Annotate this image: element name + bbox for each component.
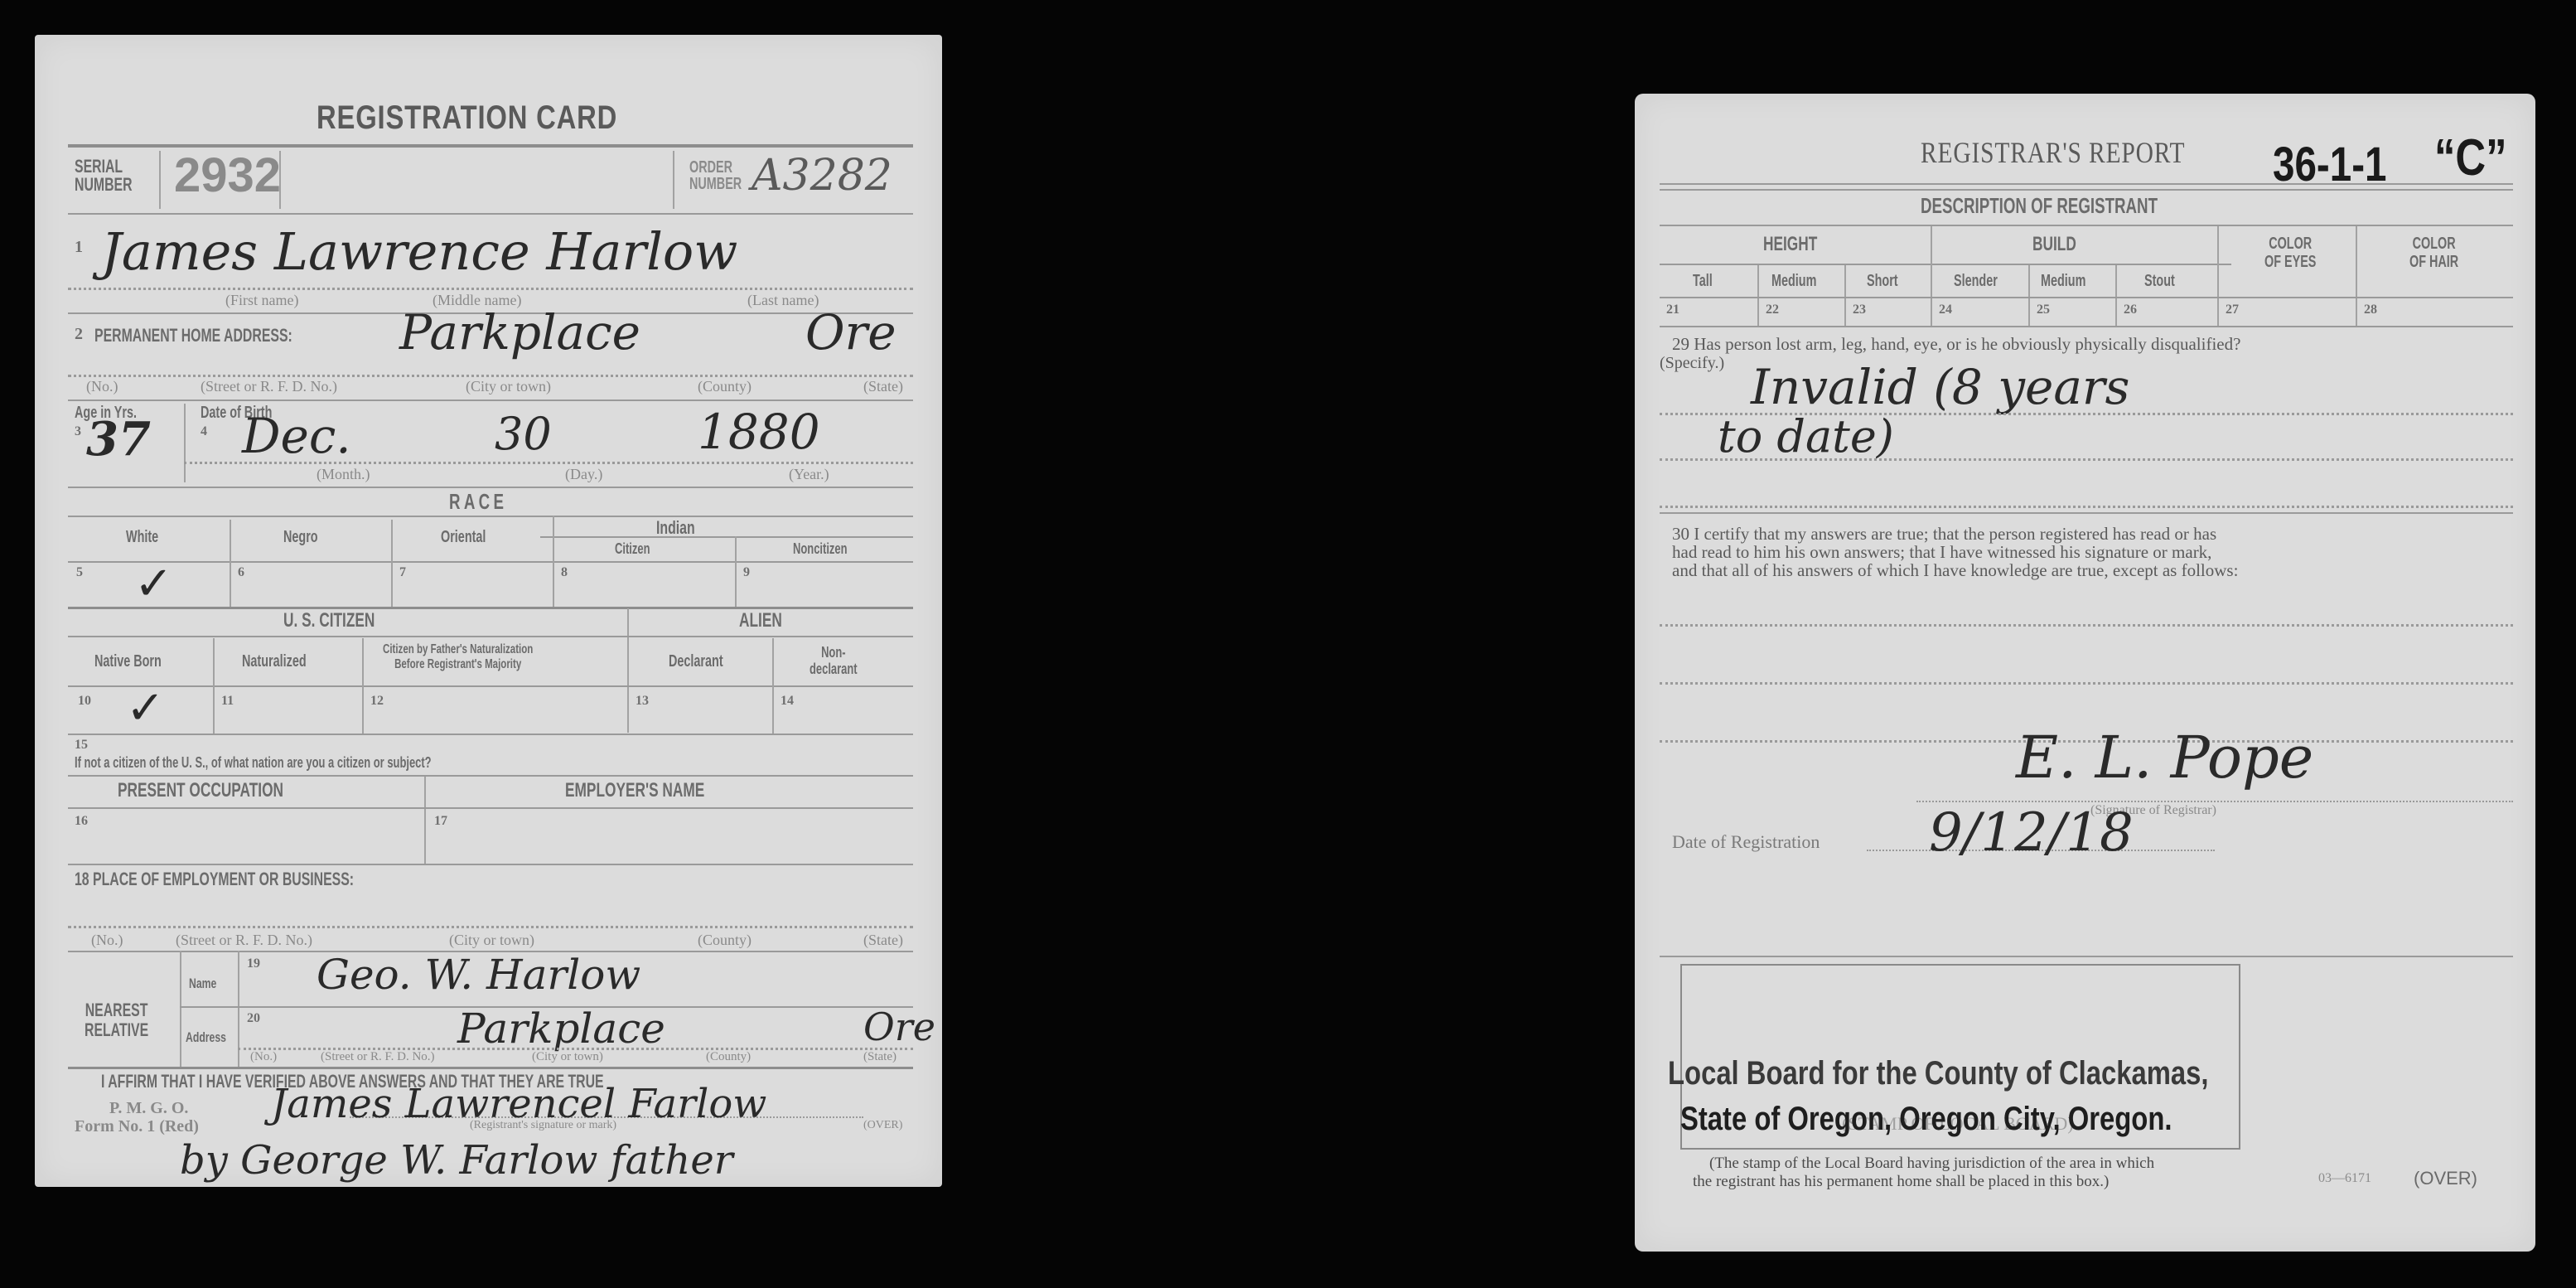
divider xyxy=(553,516,554,607)
stamp-letter: “C” xyxy=(2434,128,2507,187)
q30-line: 30 I certify that my answers are true; t… xyxy=(1672,525,2238,543)
divider xyxy=(1844,265,1846,326)
home-address-city: Parkplace xyxy=(399,304,640,361)
serial-number-value: 2932 xyxy=(174,148,281,203)
divider xyxy=(1660,183,2513,185)
divider xyxy=(1660,189,2513,191)
naturalized-label: Naturalized xyxy=(242,652,307,671)
divider xyxy=(68,926,913,928)
label-line: declarant xyxy=(810,661,858,677)
father-naturalization-label: Citizen by Father's Naturalization Befor… xyxy=(383,642,533,672)
label-line: COLOR xyxy=(2409,235,2458,253)
height-heading: HEIGHT xyxy=(1763,233,1817,256)
divider xyxy=(1660,297,2513,298)
field-number: 5 xyxy=(76,565,83,580)
note-line: (The stamp of the Local Board having jur… xyxy=(1693,1155,2154,1173)
field-number: 7 xyxy=(399,565,406,580)
divider xyxy=(68,685,913,687)
divider xyxy=(772,638,774,734)
field-number: 9 xyxy=(743,565,750,580)
q29-specify-label: (Specify.) xyxy=(1660,354,1724,373)
address-sublabel: (County) xyxy=(698,378,752,395)
field-number: 22 xyxy=(1766,303,1779,317)
hair-color-heading: COLOR OF HAIR xyxy=(2409,235,2458,271)
registrant-signature: James Lawrencel Farlow xyxy=(271,1081,766,1127)
form-number-label: Form No. 1 (Red) xyxy=(75,1117,199,1136)
relative-address-label: Address xyxy=(186,1029,226,1046)
race-oriental-label: Oriental xyxy=(441,528,486,547)
registration-card: REGISTRATION CARD SERIAL NUMBER 2932 ORD… xyxy=(35,35,942,1187)
label-line: Before Registrant's Majority xyxy=(383,657,533,672)
build-medium-label: Medium xyxy=(2041,272,2085,291)
address-sublabel: (Street or R. F. D. No.) xyxy=(201,378,337,395)
build-heading: BUILD xyxy=(2032,233,2076,256)
divider xyxy=(68,399,913,401)
field-number: 6 xyxy=(238,565,244,580)
address-sublabel: (County) xyxy=(706,1050,751,1064)
q29-question: 29 Has person lost arm, leg, hand, eye, … xyxy=(1672,334,2240,355)
alien-heading: ALIEN xyxy=(739,609,782,632)
divider xyxy=(184,462,913,464)
label-line: COLOR xyxy=(2264,235,2316,253)
divider xyxy=(362,638,364,734)
divider xyxy=(2028,265,2030,326)
order-label-line-1: ORDER xyxy=(689,159,742,176)
first-name-sublabel: (First name) xyxy=(225,292,298,309)
q29-answer-line-1: Invalid (8 years xyxy=(1751,359,2129,415)
divider xyxy=(1660,458,2513,461)
field-number: 15 xyxy=(75,738,88,753)
dob-year: 1880 xyxy=(698,404,820,460)
label-line: NEAREST xyxy=(85,1000,148,1020)
field-number: 27 xyxy=(2226,303,2239,317)
field-number: 14 xyxy=(781,694,794,709)
relative-name: Geo. W. Harlow xyxy=(317,951,640,999)
eye-color-heading: COLOR OF EYES xyxy=(2264,235,2316,271)
card-title: REGISTRATION CARD xyxy=(317,99,617,137)
divider xyxy=(230,520,231,607)
stamp-box-note: (The stamp of the Local Board having jur… xyxy=(1693,1155,2154,1191)
order-label-line-2: NUMBER xyxy=(689,176,742,192)
address-sublabel: (Street or R. F. D. No.) xyxy=(321,1050,435,1064)
field-number: 23 xyxy=(1853,303,1866,317)
address-sublabel: (State) xyxy=(863,378,903,395)
divider xyxy=(2356,226,2357,326)
declarant-label: Declarant xyxy=(669,652,723,671)
relative-name-label: Name xyxy=(189,976,216,992)
divider xyxy=(1757,265,1759,326)
divider xyxy=(540,536,913,538)
divider xyxy=(673,151,674,209)
q29-answer-line-2: to date) xyxy=(1718,410,1894,462)
divider xyxy=(424,777,426,864)
dob-year-sublabel: (Year.) xyxy=(789,466,829,483)
divider xyxy=(68,734,913,735)
dob-month: Dec. xyxy=(242,408,351,464)
divider xyxy=(2217,226,2219,326)
divider xyxy=(68,288,913,290)
race-negro-label: Negro xyxy=(283,528,318,547)
address-sublabel: (City or town) xyxy=(449,932,534,949)
q30-line: had read to him his own answers; that I … xyxy=(1672,543,2238,561)
address-sublabel: (Street or R. F. D. No.) xyxy=(176,932,312,949)
home-address-state: Ore xyxy=(805,304,897,361)
label-line: OF EYES xyxy=(2264,253,2316,271)
divider xyxy=(1660,264,2231,265)
registration-date-label: Date of Registration xyxy=(1672,831,1820,853)
registrars-report-card: REGISTRAR'S REPORT 36-1-1 “C” DESCRIPTIO… xyxy=(1635,94,2535,1252)
label-line: Non- xyxy=(810,644,858,661)
divider xyxy=(68,636,913,637)
address-sublabel: (No.) xyxy=(86,378,118,395)
note-line: the registrant has his permanent home sh… xyxy=(1693,1173,2154,1191)
divider xyxy=(1660,225,2513,226)
relative-address-city: Parkplace xyxy=(457,1005,665,1053)
field-number: 11 xyxy=(221,694,234,709)
divider xyxy=(68,213,913,215)
field-number: 19 xyxy=(247,956,260,971)
address-sublabel: (County) xyxy=(698,932,752,949)
registration-date-value: 9/12/18 xyxy=(1929,802,2134,864)
field-number: 21 xyxy=(1666,303,1679,317)
field-number: 2 xyxy=(75,325,83,344)
over-label: (OVER) xyxy=(863,1119,902,1132)
board-stamp-line-1: Local Board for the County of Clackamas, xyxy=(1668,1055,2208,1092)
address-sublabel: (City or town) xyxy=(532,1050,603,1064)
divider xyxy=(1660,682,2513,685)
registrant-name: James Lawrence Harlow xyxy=(101,221,737,282)
field-number: 28 xyxy=(2364,303,2377,317)
divider xyxy=(68,516,913,517)
divider xyxy=(68,487,913,488)
divider xyxy=(68,607,913,609)
divider xyxy=(68,375,913,377)
home-address-label: PERMANENT HOME ADDRESS: xyxy=(94,325,292,346)
height-medium-label: Medium xyxy=(1771,272,1816,291)
address-sublabel: (City or town) xyxy=(466,378,551,395)
field-number: 10 xyxy=(78,694,91,709)
registrar-signature: E. L. Pope xyxy=(2016,724,2313,792)
race-white-checkmark: ✓ xyxy=(134,557,173,611)
divider xyxy=(159,151,161,209)
age-value: 37 xyxy=(86,412,151,467)
height-tall-label: Tall xyxy=(1693,272,1713,291)
nearest-relative-label: NEAREST RELATIVE xyxy=(85,1000,148,1040)
field-number: 1 xyxy=(75,238,83,257)
order-number-label: ORDER NUMBER xyxy=(689,159,742,192)
divider xyxy=(735,536,737,607)
proxy-signature: by George W. Farlow father xyxy=(180,1137,733,1184)
height-short-label: Short xyxy=(1867,272,1898,291)
serial-label-line-1: SERIAL xyxy=(75,157,133,176)
race-indian-citizen-label: Citizen xyxy=(615,540,650,558)
race-indian-noncitizen-label: Noncitizen xyxy=(793,540,848,558)
divider xyxy=(213,638,215,734)
divider xyxy=(391,520,393,607)
address-sublabel: (State) xyxy=(863,1050,897,1064)
order-number-value: A3282 xyxy=(752,151,892,201)
address-sublabel: (State) xyxy=(863,932,903,949)
divider xyxy=(68,561,913,563)
divider xyxy=(1660,512,2513,514)
field-number: 24 xyxy=(1939,303,1952,317)
form-code: 03—6171 xyxy=(2318,1171,2371,1186)
field-number: 3 xyxy=(75,424,81,439)
address-sublabel: (No.) xyxy=(250,1050,277,1064)
board-stamp-line-2: State of Oregon, Oregon City, Oregon. xyxy=(1680,1101,2172,1138)
divider xyxy=(1931,226,1932,326)
divider xyxy=(1660,506,2513,508)
label-line: RELATIVE xyxy=(85,1020,148,1040)
q30-line: and that all of his answers of which I h… xyxy=(1672,561,2238,579)
serial-label-line-2: NUMBER xyxy=(75,176,133,194)
divider xyxy=(180,951,181,1067)
divider xyxy=(68,775,913,777)
native-born-checkmark: ✓ xyxy=(126,681,165,735)
race-heading: RACE xyxy=(449,489,507,515)
build-stout-label: Stout xyxy=(2144,272,2175,291)
q30-certification: 30 I certify that my answers are true; t… xyxy=(1672,525,2238,579)
divider xyxy=(1660,326,2513,327)
field-number: 20 xyxy=(247,1011,260,1026)
label-line: Citizen by Father's Naturalization xyxy=(383,642,533,657)
us-citizen-heading: U. S. CITIZEN xyxy=(283,609,375,632)
divider xyxy=(1660,624,2513,627)
field-number: 25 xyxy=(2037,303,2050,317)
pmgo-label: P. M. G. O. xyxy=(109,1099,188,1118)
field-number: 8 xyxy=(561,565,568,580)
build-slender-label: Slender xyxy=(1954,272,1998,291)
field-number: 26 xyxy=(2124,303,2137,317)
label-line: OF HAIR xyxy=(2409,253,2458,271)
divider xyxy=(279,151,281,209)
dob-month-sublabel: (Month.) xyxy=(317,466,370,483)
relative-address-state: Ore xyxy=(863,1005,935,1049)
description-heading: DESCRIPTION OF REGISTRANT xyxy=(1921,193,2158,219)
nondeclarant-label: Non- declarant xyxy=(810,644,858,677)
divider xyxy=(68,1067,913,1069)
native-born-label: Native Born xyxy=(94,652,162,671)
field-number: 13 xyxy=(636,694,649,709)
dob-day-sublabel: (Day.) xyxy=(565,466,602,483)
serial-number-label: SERIAL NUMBER xyxy=(75,157,133,194)
over-label: (OVER) xyxy=(2414,1168,2477,1189)
divider xyxy=(627,608,629,733)
address-sublabel: (No.) xyxy=(91,932,123,949)
field-number: 4 xyxy=(201,424,207,439)
field-number: 12 xyxy=(370,694,384,709)
divider xyxy=(2115,265,2117,326)
divider xyxy=(68,807,913,809)
occupation-label: PRESENT OCCUPATION xyxy=(118,779,283,802)
report-title: REGISTRAR'S REPORT xyxy=(1921,135,2185,170)
dob-day: 30 xyxy=(495,408,552,460)
place-of-employment-label: 18 PLACE OF EMPLOYMENT OR BUSINESS: xyxy=(75,869,354,890)
employer-label: EMPLOYER'S NAME xyxy=(565,779,704,802)
divider xyxy=(184,404,186,482)
race-white-label: White xyxy=(126,528,158,547)
nationality-question: If not a citizen of the U. S., of what n… xyxy=(75,754,432,772)
divider xyxy=(68,864,913,865)
field-number: 16 xyxy=(75,814,88,829)
divider xyxy=(1660,956,2513,957)
field-number: 17 xyxy=(434,814,447,829)
